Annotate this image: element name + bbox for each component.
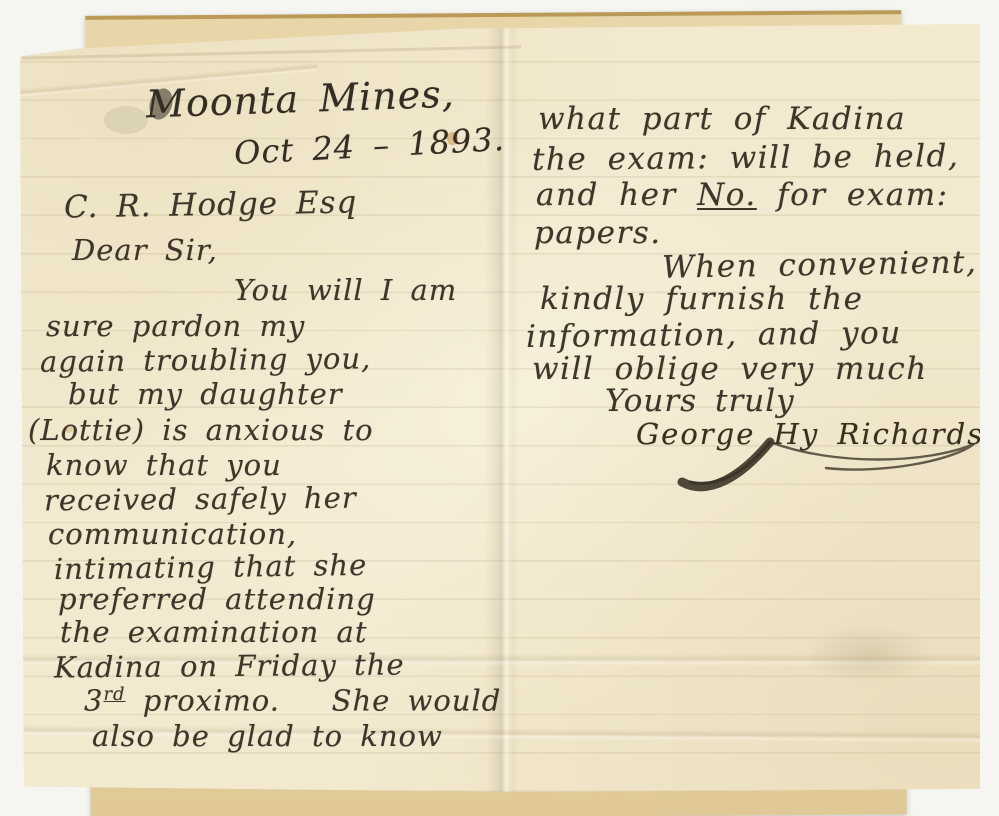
place-line: Moonta Mines,: [145, 75, 455, 124]
handwritten-line: papers.: [534, 218, 662, 249]
handwritten-line: the exam: will be held,: [532, 141, 959, 176]
handwritten-line: Kadina on Friday the: [54, 650, 405, 682]
handwritten-line: will oblige very much: [532, 354, 928, 385]
recipient-line: C. R. Hodge Esq: [64, 187, 358, 223]
scanned-letter-photo: Moonta Mines, Oct 24 – 1893. C. R. Hodge…: [0, 0, 999, 816]
handwritten-line: You will I am: [234, 276, 457, 305]
handwritten-line: but my daughter: [68, 380, 343, 409]
handwritten-line: also be glad to know: [92, 722, 443, 751]
handwritten-line: (Lottie) is anxious to: [28, 416, 374, 445]
handwritten-line: kindly furnish the: [540, 284, 863, 315]
handwritten-line: what part of Kadina: [538, 104, 906, 135]
handwritten-line: intimating that she: [54, 551, 368, 584]
handwritten-line: know that you: [46, 451, 282, 480]
day-number: 3: [84, 684, 103, 718]
handwritten-line: again troubling you,: [40, 344, 372, 376]
handwritten-line: the examination at: [60, 618, 368, 647]
closing-line: Yours truly: [605, 386, 795, 417]
line-text: proximo. She would: [126, 684, 502, 718]
line-text: for exam:: [757, 177, 949, 213]
paper-wrinkle: [810, 622, 940, 686]
handwritten-line: preferred attending: [58, 585, 376, 614]
ordinal-suffix: rd: [103, 684, 125, 705]
letter-sheet: Moonta Mines, Oct 24 – 1893. C. R. Hodge…: [20, 24, 980, 792]
handwritten-line: information, and you: [526, 318, 902, 353]
ink-smudge: [104, 106, 148, 134]
handwritten-line: When convenient,: [662, 247, 978, 283]
line-text: and her: [536, 177, 697, 213]
handwritten-line: received safely her: [44, 484, 357, 516]
handwritten-line-proximo: 3rd proximo. She would: [84, 686, 501, 716]
underlined-abbreviation: No.: [697, 177, 757, 213]
salutation-line: Dear Sir,: [72, 236, 218, 265]
handwritten-line: sure pardon my: [46, 312, 305, 341]
handwritten-line: communication,: [48, 520, 297, 549]
signature-flourish: [620, 436, 999, 520]
handwritten-line-number: and her No. for exam:: [536, 180, 949, 211]
